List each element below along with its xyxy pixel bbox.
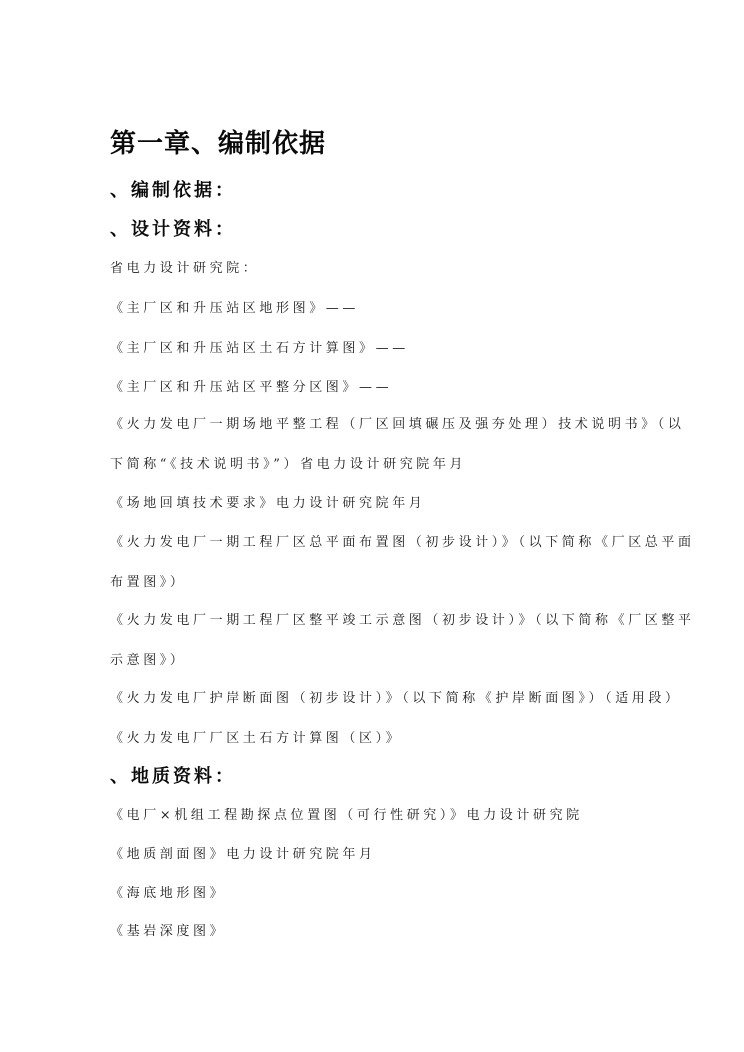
design-material-line: 省电力设计研究院： <box>110 259 259 279</box>
design-material-line: 布置图》） <box>110 573 187 593</box>
design-material-line: 《火力发电厂厂区土石方计算图（区）》 <box>110 729 402 749</box>
design-material-line: 示意图》） <box>110 651 187 671</box>
design-material-line: 《火力发电厂一期场地平整工程（厂区回填碾压及强夯处理）技术说明书》（以 <box>110 415 685 435</box>
chapter-title: 第一章、编制依据 <box>110 124 326 164</box>
design-material-line: 《主厂区和升压站区地形图》—— <box>110 299 359 319</box>
section-heading-geology-materials: 、地质资料： <box>110 762 236 792</box>
design-material-line: 《火力发电厂一期工程厂区整平竣工示意图（初步设计）》（以下简称《厂区整平 <box>110 611 695 631</box>
section-heading-basis: 、编制依据： <box>110 176 236 206</box>
design-material-line: 《火力发电厂一期工程厂区总平面布置图（初步设计）》（以下简称《厂区总平面 <box>110 533 695 553</box>
design-material-line: 《主厂区和升压站区平整分区图》—— <box>110 378 392 398</box>
design-material-line: 下简称“《技术说明书》”）省电力设计研究院年月 <box>110 455 466 475</box>
geology-material-line: 《电厂×机组工程勘探点位置图（可行性研究）》电力设计研究院 <box>110 806 583 826</box>
section-heading-design-materials: 、设计资料： <box>110 215 236 245</box>
design-material-line: 《场地回填技术要求》电力设计研究院年月 <box>110 494 425 514</box>
geology-material-line: 《基岩深度图》 <box>110 922 226 942</box>
design-material-line: 《主厂区和升压站区土石方计算图》—— <box>110 339 409 359</box>
geology-material-line: 《海底地形图》 <box>110 884 226 904</box>
design-material-line: 《火力发电厂护岸断面图（初步设计）》（以下简称《护岸断面图》）（适用段） <box>110 689 682 709</box>
geology-material-line: 《地质剖面图》电力设计研究院年月 <box>110 845 376 865</box>
